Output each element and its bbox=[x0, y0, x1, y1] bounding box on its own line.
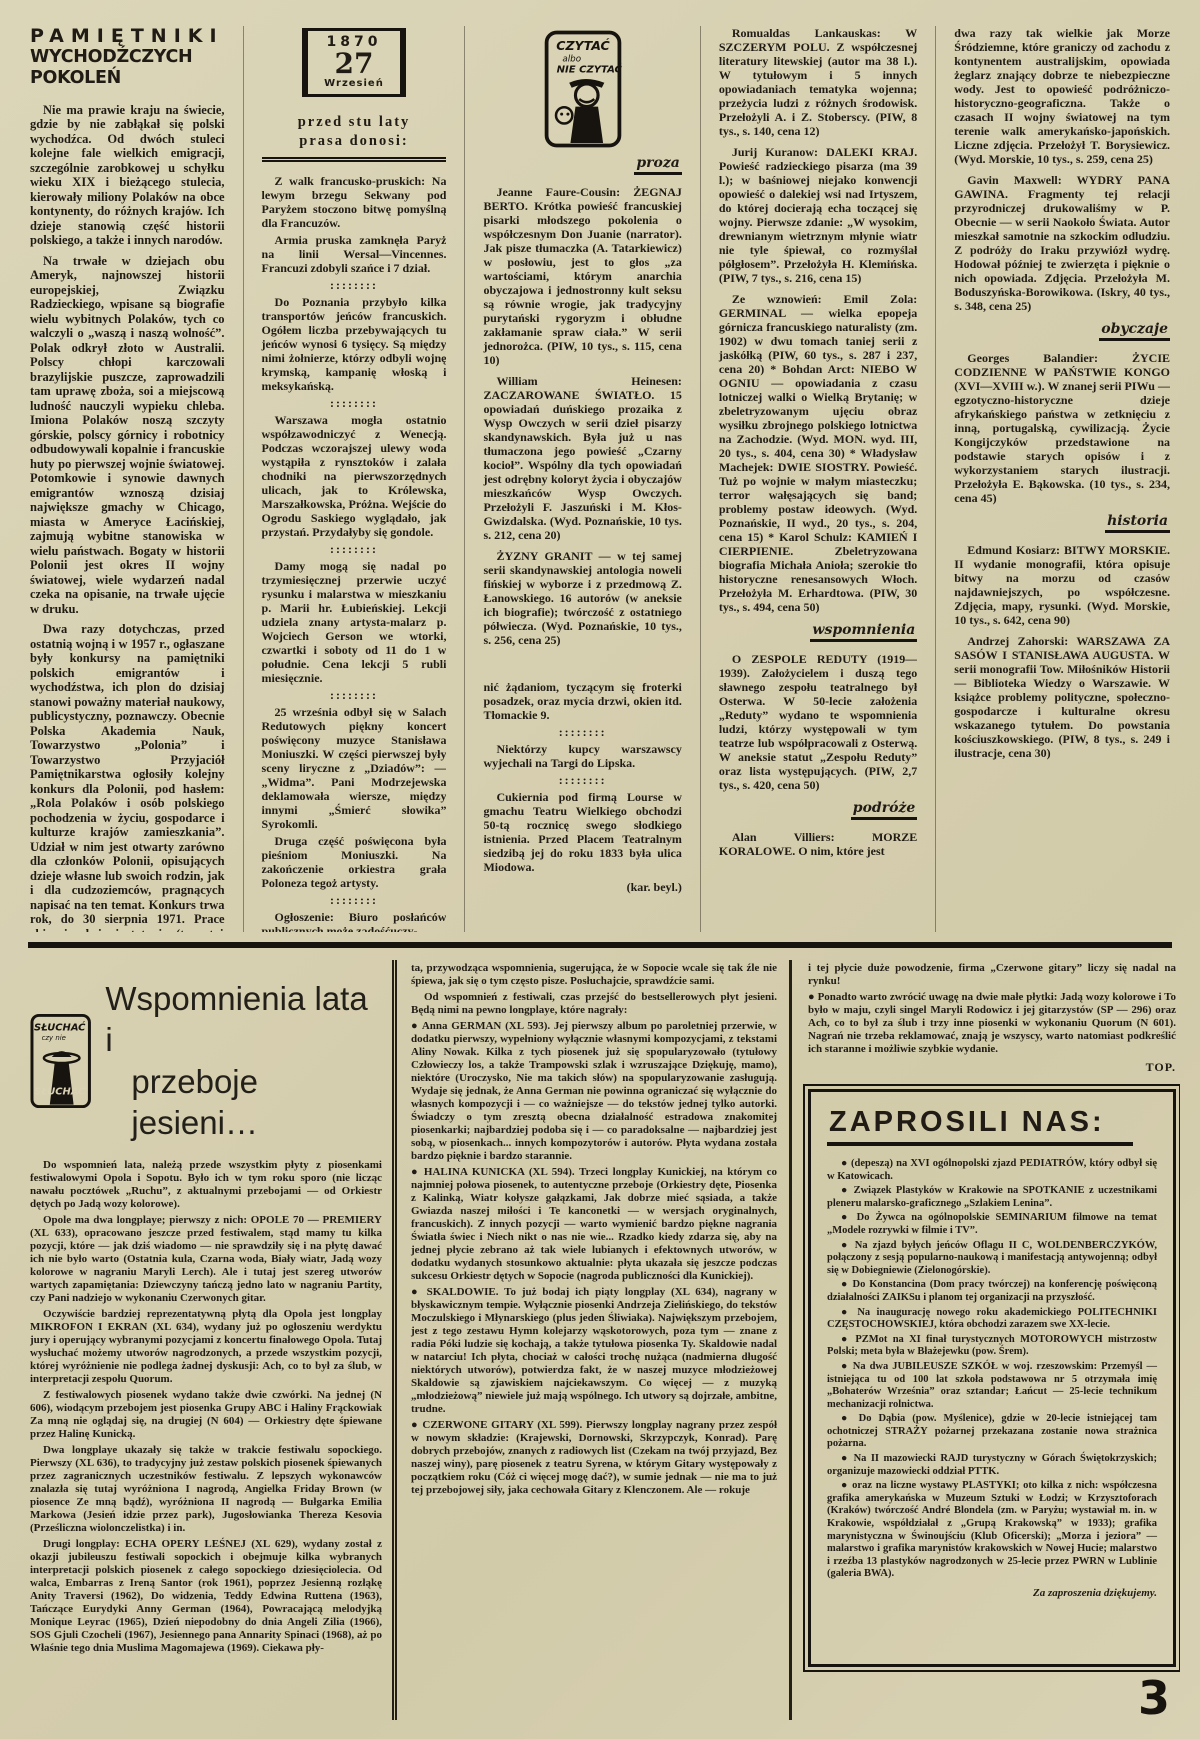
section-label-podroze: podróże bbox=[851, 800, 918, 820]
invitation-item: ● Do Dąbia (pow. Myślenice), gdzie w 20-… bbox=[827, 1413, 1157, 1451]
svg-text:NIE CZYTAĆ: NIE CZYTAĆ bbox=[556, 63, 621, 76]
section-label-row: historia bbox=[954, 512, 1170, 533]
book-review: Ze wznowień: Emil Zola: GERMINAL — wielk… bbox=[719, 292, 917, 614]
reviews-column-2: dwa razy tak wielkie jak Morze Śródziemn… bbox=[935, 26, 1170, 932]
book-review: Gavin Maxwell: WYDRY PANA GAWINA. Fragme… bbox=[954, 173, 1170, 313]
date-day: 27 bbox=[308, 50, 400, 78]
memoirs-title-line1: PAMIĘTNIKI bbox=[30, 26, 225, 47]
book-review: ŻYZNY GRANIT — w tej samej serii skandyn… bbox=[483, 549, 681, 647]
book-review: Alan Villiers: MORZE KORALOWE. O nim, kt… bbox=[719, 830, 917, 858]
memoirs-paragraph: Dwa razy dotychczas, przed ostatnią wojn… bbox=[30, 622, 225, 932]
music-column-b: ta, przywodząca wspomnienia, sugerująca,… bbox=[392, 960, 789, 1720]
music-paragraph: Od wspomnień z festiwali, czas przejść d… bbox=[411, 991, 777, 1017]
svg-text:CZYTAĆ: CZYTAĆ bbox=[556, 38, 610, 53]
section-label-historia: historia bbox=[1105, 513, 1170, 533]
section-label-row: obyczaje bbox=[954, 320, 1170, 341]
section-label-row: proza bbox=[483, 154, 681, 175]
column-byline: (kar. beyl.) bbox=[483, 880, 681, 895]
music-paragraph: Oczywiście bardziej reprezentatywną płyt… bbox=[30, 1308, 382, 1386]
century-item: Z walk francusko-pruskich: Na lewym brze… bbox=[262, 174, 447, 230]
music-column-a: SŁUCHAĆ czy nie SŁUCHAĆ Wspomnienia lata… bbox=[30, 960, 392, 1720]
invitation-item: ● Do Żywca na ogólnopolskie SEMINARIUM f… bbox=[827, 1212, 1157, 1237]
music-header: SŁUCHAĆ czy nie SŁUCHAĆ Wspomnienia lata… bbox=[30, 978, 382, 1143]
century-item: Warszawa mogła ostatnio współzawodniczyć… bbox=[262, 413, 447, 539]
page-number: 3 bbox=[1138, 1671, 1170, 1725]
music-paragraph: Do wspomnień lata, należą przede wszystk… bbox=[30, 1159, 382, 1211]
read-or-not-read-icon: CZYTAĆ albo NIE CZYTAĆ bbox=[544, 30, 622, 148]
invitation-item: ● (depeszą) na XVI ogólnopolski zjazd PE… bbox=[827, 1158, 1157, 1183]
memoirs-paragraph: Na trwałe w dziejach obu Ameryk, najnows… bbox=[30, 254, 225, 617]
memoirs-column: PAMIĘTNIKI WYCHODŹCZYCH POKOLEŃ Nie ma p… bbox=[30, 26, 225, 932]
top-section: PAMIĘTNIKI WYCHODŹCZYCH POKOLEŃ Nie ma p… bbox=[0, 0, 1200, 932]
dotted-separator: :::::::: bbox=[262, 542, 447, 556]
book-review: Edmund Kosiarz: BITWY MORSKIE. II wydani… bbox=[954, 543, 1170, 627]
invitation-item: ● oraz na liczne wystawy PLASTYKI; oto k… bbox=[827, 1480, 1157, 1581]
music-paragraph: Dwa longplaye ukazały się także w trakci… bbox=[30, 1444, 382, 1535]
music-title: Wspomnienia lata i przeboje jesieni… bbox=[105, 978, 382, 1143]
prose-column: CZYTAĆ albo NIE CZYTAĆ proza Jeanne Faur… bbox=[464, 26, 681, 932]
invitation-item: ● Związek Plastyków w Krakowie na SPOTKA… bbox=[827, 1185, 1157, 1210]
date-box: 1870 27 Wrzesień bbox=[302, 28, 406, 97]
century-item: Cukiernia pod firmą Lourse w gmachu Teat… bbox=[483, 790, 681, 874]
music-paragraph: Z festiwalowych piosenek wydano także dw… bbox=[30, 1389, 382, 1441]
svg-text:albo: albo bbox=[562, 54, 581, 64]
century-item: nić żądaniom, tyczącym się froterki posa… bbox=[483, 680, 681, 722]
book-review: Andrzej Zahorski: WARSZAWA ZA SASÓW I ST… bbox=[954, 634, 1170, 760]
dotted-separator: :::::::: bbox=[262, 893, 447, 907]
century-item: 25 września odbył się w Salach Redutowyc… bbox=[262, 705, 447, 831]
century-item: Ogłoszenie: Biuro posłańców publicznych … bbox=[262, 910, 447, 932]
music-paragraph: Drugi longplay: ECHA OPERY LEŚNEJ (XL 62… bbox=[30, 1538, 382, 1655]
invited-thanks-line: Za zaproszenia dziękujemy. bbox=[827, 1587, 1157, 1599]
book-review: Jurij Kuranow: DALEKI KRAJ. Powieść radz… bbox=[719, 145, 917, 285]
century-ago-column: 1870 27 Wrzesień przed stu laty prasa do… bbox=[243, 26, 447, 932]
date-month: Wrzesień bbox=[308, 78, 400, 89]
century-item: Armia pruska zamknęła Paryż na linii Wer… bbox=[262, 233, 447, 275]
dotted-separator: :::::::: bbox=[262, 396, 447, 410]
book-review: Georges Balandier: ŻYCIE CODZIENNE W PAŃ… bbox=[954, 351, 1170, 505]
memoirs-paragraph: Nie ma prawie kraju na świecie, gdzie by… bbox=[30, 103, 225, 248]
century-item: Niektórzy kupcy warszawscy wyjechali na … bbox=[483, 742, 681, 770]
svg-text:SŁUCHAĆ: SŁUCHAĆ bbox=[34, 1084, 86, 1097]
section-label-row: podróże bbox=[719, 799, 917, 820]
svg-text:czy nie: czy nie bbox=[42, 1034, 66, 1042]
music-paragraph: ta, przywodząca wspomnienia, sugerująca,… bbox=[411, 962, 777, 988]
book-review-continuation: dwa razy tak wielkie jak Morze Śródziemn… bbox=[954, 26, 1170, 166]
section-label-proza: proza bbox=[634, 155, 682, 175]
section-label-row: wspomnienia bbox=[719, 621, 917, 642]
book-review: Jeanne Faure-Cousin: ŻEGNAJ BERTO. Krótk… bbox=[483, 185, 681, 367]
dotted-separator: :::::::: bbox=[483, 773, 681, 787]
invitation-item: ● Na zjazd byłych jeńców Oflagu II C, WO… bbox=[827, 1240, 1157, 1278]
invitation-item: ● Do Konstancina (Dom pracy twórczej) na… bbox=[827, 1279, 1157, 1304]
invited-us-title: ZAPROSILI NAS: bbox=[827, 1106, 1133, 1146]
invitation-item: ● Na inaugurację nowego roku akademickie… bbox=[827, 1307, 1157, 1332]
century-item: Damy mogą się nadal po trzymiesięcznej p… bbox=[262, 559, 447, 685]
music-paragraph: ● Anna GERMAN (XL 593). Jej pierwszy alb… bbox=[411, 1020, 777, 1163]
music-paragraph: i tej płycie duże powodzenie, firma „Cze… bbox=[808, 962, 1176, 988]
section-label-wspomnienia: wspomnienia bbox=[810, 622, 917, 642]
memoirs-title-line2: WYCHODŹCZYCH POKOLEŃ bbox=[30, 47, 225, 89]
music-section: SŁUCHAĆ czy nie SŁUCHAĆ Wspomnienia lata… bbox=[0, 948, 1200, 1720]
invitation-item: ● PZMot na XI finał turystycznych MOTORO… bbox=[827, 1334, 1157, 1359]
invitation-item: ● Na II mazowiecki RAJD turystyczny w Gó… bbox=[827, 1453, 1157, 1478]
century-item: Druga część poświęcona była pieśniom Mon… bbox=[262, 834, 447, 890]
book-review: O ZESPOLE REDUTY (1919—1939). Założyciel… bbox=[719, 652, 917, 792]
dotted-separator: :::::::: bbox=[262, 688, 447, 702]
article-signature: TOP. bbox=[808, 1060, 1176, 1075]
invited-us-box: ZAPROSILI NAS: ● (depeszą) na XVI ogólno… bbox=[808, 1089, 1176, 1667]
book-review: William Heinesen: ZACZAROWANE ŚWIATŁO. 1… bbox=[483, 374, 681, 542]
invitation-item: ● Na dwa JUBILEUSZE SZKÓŁ w woj. rzeszow… bbox=[827, 1361, 1157, 1411]
listen-or-not-listen-icon: SŁUCHAĆ czy nie SŁUCHAĆ bbox=[30, 1011, 91, 1111]
century-item: Do Poznania przybyło kilka transportów j… bbox=[262, 295, 447, 393]
century-heading: przed stu laty prasa donosi: bbox=[262, 113, 447, 162]
newspaper-page: PAMIĘTNIKI WYCHODŹCZYCH POKOLEŃ Nie ma p… bbox=[0, 0, 1200, 1739]
music-paragraph: ● Ponadto warto zwrócić uwagę na dwie ma… bbox=[808, 991, 1176, 1056]
music-paragraph: ● HALINA KUNICKA (XL 594). Trzeci longpl… bbox=[411, 1166, 777, 1283]
music-paragraph: Opole ma dwa longplaye; pierwszy z nich:… bbox=[30, 1214, 382, 1305]
dotted-separator: :::::::: bbox=[483, 725, 681, 739]
section-label-obyczaje: obyczaje bbox=[1099, 321, 1170, 341]
dotted-separator: :::::::: bbox=[262, 278, 447, 292]
music-paragraph: ● SKALDOWIE. To już bodaj ich piąty long… bbox=[411, 1286, 777, 1416]
book-review: Romualdas Lankauskas: W SZCZERYM POLU. Z… bbox=[719, 26, 917, 138]
reviews-column-1: Romualdas Lankauskas: W SZCZERYM POLU. Z… bbox=[700, 26, 917, 932]
music-paragraph: ● CZERWONE GITARY (XL 599). Pierwszy lon… bbox=[411, 1419, 777, 1497]
svg-text:SŁUCHAĆ: SŁUCHAĆ bbox=[34, 1020, 86, 1033]
music-column-c: i tej płycie duże powodzenie, firma „Cze… bbox=[789, 960, 1180, 1720]
